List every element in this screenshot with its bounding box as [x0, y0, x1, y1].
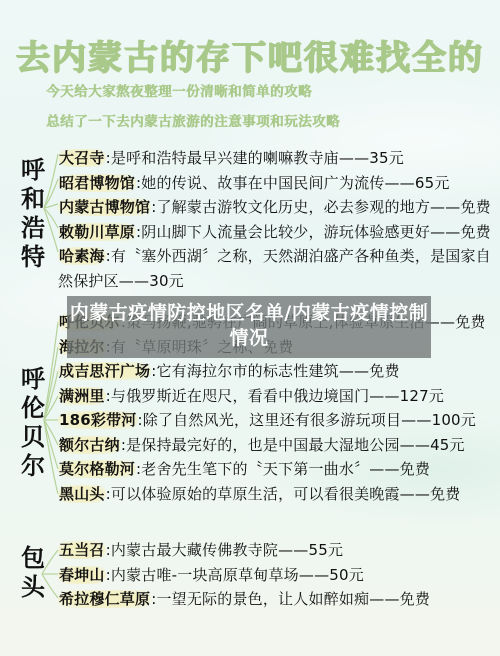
attraction-desc: :内蒙古最大藏传佛教寺院——55元	[106, 541, 344, 559]
attraction-name: 满洲里	[58, 387, 106, 405]
attraction-desc: :除了自然风光，这里还有很多游玩项目——100元	[138, 411, 477, 429]
list-item: 敕勒川草原:阴山脚下人流量会比较少，游玩体验感更好——免费	[58, 220, 494, 245]
attraction-name: 大召寺	[58, 149, 106, 167]
attraction-name: 敕勒川草原	[58, 223, 136, 241]
city-label-hohhot: 呼和浩特	[20, 156, 46, 272]
attraction-desc: :她的传说、故事在中国民间广为流传——65元	[136, 174, 450, 192]
attraction-desc: :了解蒙古游牧文化历史，必去参观的地方——免费	[151, 198, 491, 216]
attraction-name: 成吉思汗广场	[58, 362, 151, 380]
attraction-name: 昭君博物馆	[58, 174, 136, 192]
attraction-desc: :它有海拉尔市的标志性建筑——免费	[151, 362, 399, 380]
attraction-desc: :与俄罗斯近在咫尺，看看中俄边境国门——127元	[106, 387, 445, 405]
section-baotou: 包头 五当召:内蒙古最大藏传佛教寺院——55元 春坤山:内蒙古唯-一块高原草甸草…	[0, 538, 500, 618]
city-label-baotou: 包头	[20, 544, 46, 602]
subtitle-1: 今天给大家熬夜整理一份清晰和简单的攻略	[46, 80, 312, 100]
list-item: 成吉思汗广场:它有海拉尔市的标志性建筑——免费	[58, 359, 486, 384]
list-item: 186彩带河:除了自然风光，这里还有很多游玩项目——100元	[58, 408, 486, 433]
list-item: 希拉穆仁草原:一望无际的景色，让人如醉如痴——免费	[58, 587, 430, 612]
list-hohhot: 大召寺:是呼和浩特最早兴建的喇嘛教寺庙——35元 昭君博物馆:她的传说、故事在中…	[58, 146, 494, 293]
attraction-name: 内蒙古博物馆	[58, 198, 151, 216]
attraction-desc: :可以体验原始的草原生活，可以看很美晚霞——免费	[106, 485, 461, 503]
list-item: 五当召:内蒙古最大藏传佛教寺院——55元	[58, 538, 430, 563]
attraction-name: 五当召	[58, 541, 106, 559]
list-item: 哈素海:有〝塞外西湖〞之称，天然湖泊盛产各种鱼类，是国家自然保护区——30元	[58, 244, 494, 293]
list-item: 额尔古纳:是保持最完好的，也是中国最大湿地公园——45元	[58, 433, 486, 458]
list-item: 春坤山:内蒙古唯-一块高原草甸草场——50元	[58, 563, 430, 588]
attraction-desc: :是呼和浩特最早兴建的喇嘛教寺庙——35元	[106, 149, 404, 167]
list-item: 满洲里:与俄罗斯近在咫尺，看看中俄边境国门——127元	[58, 384, 486, 409]
attraction-desc: :一望无际的景色，让人如醉如痴——免费	[151, 590, 430, 608]
list-baotou: 五当召:内蒙古最大藏传佛教寺院——55元 春坤山:内蒙古唯-一块高原草甸草场——…	[58, 538, 430, 612]
list-item: 黑山头:可以体验原始的草原生活，可以看很美晚霞——免费	[58, 482, 486, 507]
section-hohhot: 呼和浩特 大召寺:是呼和浩特最早兴建的喇嘛教寺庙——35元 昭君博物馆:她的传说…	[0, 146, 500, 286]
list-item: 内蒙古博物馆:了解蒙古游牧文化历史，必去参观的地方——免费	[58, 195, 494, 220]
list-item: 莫尔格勒河:老舍先生笔下的〝天下第一曲水〞——免费	[58, 457, 486, 482]
attraction-name: 186彩带河	[58, 411, 138, 429]
attraction-desc: :老舍先生笔下的〝天下第一曲水〞——免费	[136, 460, 430, 478]
attraction-desc: :是保持最完好的，也是中国最大湿地公园——45元	[121, 436, 465, 454]
attraction-name: 黑山头	[58, 485, 106, 503]
subtitle-2: 总结了一下去内蒙古旅游的注意事项和玩法攻略	[46, 110, 340, 130]
caption-overlay: 内蒙古疫情防控地区名单/内蒙古疫情控制情况	[67, 296, 431, 358]
attraction-name: 额尔古纳	[58, 436, 121, 454]
attraction-name: 希拉穆仁草原	[58, 590, 151, 608]
attraction-name: 哈素海	[58, 247, 106, 265]
attraction-name: 春坤山	[58, 566, 106, 584]
attraction-desc: :有〝塞外西湖〞之称，天然湖泊盛产各种鱼类，是国家自然保护区——30元	[58, 247, 491, 290]
attraction-name: 莫尔格勒河	[58, 460, 136, 478]
attraction-desc: :阴山脚下人流量会比较少，游玩体验感更好——免费	[136, 223, 491, 241]
city-label-hulunbuir: 呼伦贝尔	[20, 365, 46, 481]
list-item: 大召寺:是呼和浩特最早兴建的喇嘛教寺庙——35元	[58, 146, 494, 171]
list-item: 昭君博物馆:她的传说、故事在中国民间广为流传——65元	[58, 171, 494, 196]
attraction-desc: :内蒙古唯-一块高原草甸草场——50元	[106, 566, 364, 584]
page-title: 去内蒙古的存下吧很难找全的	[12, 30, 488, 79]
